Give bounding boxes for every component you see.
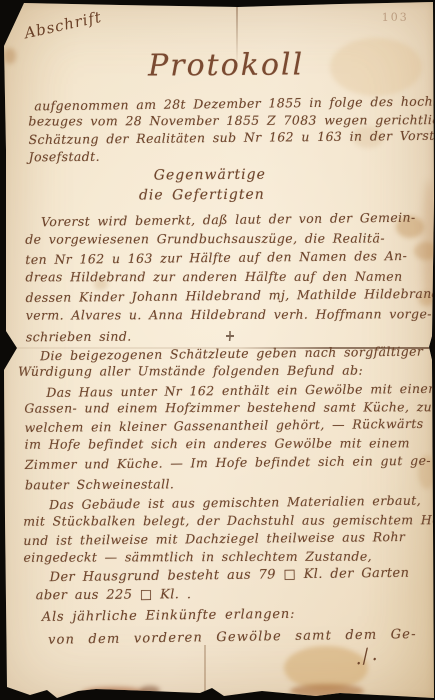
manuscript-lines: aufgenommen am 28t Dezember 1855 in folg… <box>0 0 433 2</box>
handwriting-line: Als jährliche Einkünfte erlangen: <box>42 607 296 625</box>
pencil-page-number: 103 <box>382 11 409 24</box>
handwriting-line: eingedeckt — sämmtlich in schlechtem Zus… <box>23 549 372 565</box>
handwriting-line: Das Gebäude ist aus gemischten Materiali… <box>49 493 421 513</box>
handwriting-line: Zimmer und Küche. — Im Hofe befindet sic… <box>25 453 431 472</box>
continuation-mark: ./. <box>352 642 381 669</box>
handwriting-line: de vorgewiesenen Grundbuchsauszüge, die … <box>25 230 385 246</box>
abschrift-annotation: Abschrift <box>23 8 104 42</box>
scanned-document-photo: Abschrift 103 Protokoll aufgenommen am 2… <box>0 0 435 700</box>
handwriting-line: ten Nr 162 u 163 zur Hälfte auf den Name… <box>25 248 407 267</box>
handwriting-line: dessen Kinder Johann Hildebrand mj, Math… <box>26 286 435 305</box>
handwriting-line: verm. Alvares u. Anna Hildebrand verh. H… <box>26 306 432 322</box>
handwriting-line: bauter Schweinestall. <box>25 476 174 492</box>
handwriting-line: Das Haus unter Nr 162 enthält ein Gewölb… <box>46 381 435 400</box>
handwriting-line: dreas Hildebrand zur anderen Hälfte auf … <box>25 269 402 285</box>
handwriting-line: schrieben sind. <box>26 329 132 345</box>
handwriting-line: Gassen- und einem Hofzimmer bestehend sa… <box>24 399 432 415</box>
manuscript-text-layer: Abschrift 103 Protokoll aufgenommen am 2… <box>0 0 435 700</box>
handwriting-line: welchem ein kleiner Gassenantheil gehört… <box>24 416 423 435</box>
handwriting-line: aber aus 225 □ Kl. . <box>36 587 192 603</box>
handwriting-line: im Hofe befindet sich ein anderes Gewölb… <box>25 435 410 451</box>
handwriting-line: Die beigezogenen Schätzleute geben nach … <box>40 344 423 364</box>
handwriting-line: Vorerst wird bemerkt, daß laut der von d… <box>41 210 416 230</box>
handwriting-line: Schätzung der Realitäten sub Nr 162 u 16… <box>28 128 435 147</box>
handwriting-line: Josefstadt. <box>29 149 100 164</box>
handwriting-line: mit Stückbalken belegt, der Dachstuhl au… <box>23 512 435 528</box>
handwriting-line: Gegenwärtige <box>154 167 266 184</box>
handwriting-line: die Gefertigten <box>139 187 265 204</box>
handwriting-line: Würdigung aller Umstände folgenden Befun… <box>18 363 363 379</box>
manuscript-paper: Abschrift 103 Protokoll aufgenommen am 2… <box>0 0 435 700</box>
handwriting-line: aufgenommen am 28t Dezember 1855 in folg… <box>34 93 435 113</box>
handwriting-line: Der Hausgrund besteht aus 79 □ Kl. der G… <box>49 566 409 585</box>
handwriting-line: und ist theilweise mit Dachziegel theilw… <box>23 529 405 548</box>
handwriting-line: bezuges vom 28 November 1855 Z 7083 wege… <box>28 112 435 129</box>
document-title: Protokoll <box>148 47 304 83</box>
